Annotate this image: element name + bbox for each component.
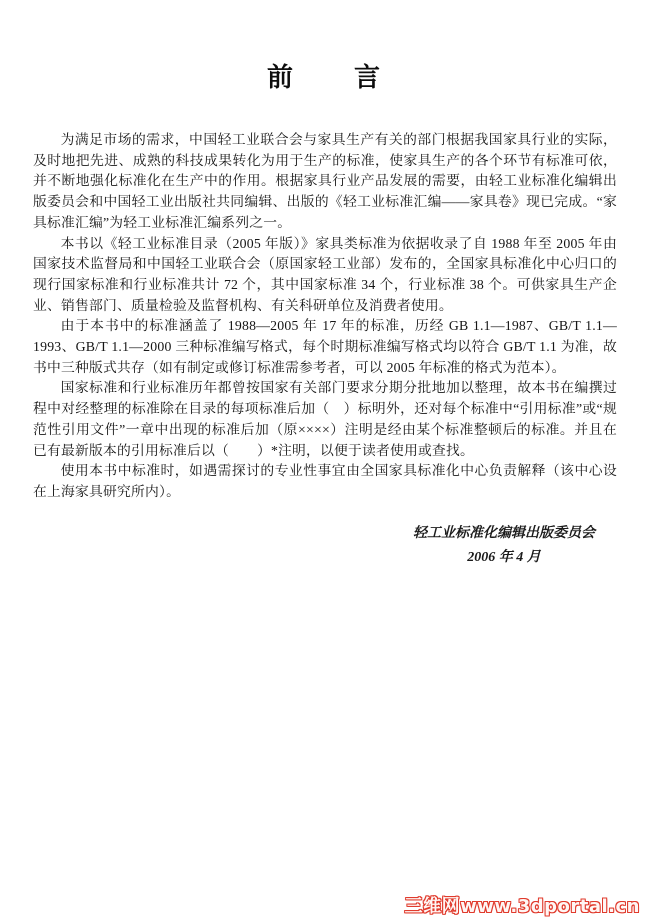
watermark-3dportal: 三维网www.3dportal.cn — [405, 892, 640, 918]
preface-paragraph: 本书以《轻工业标准目录（2005 年版）》家具类标准为依据收录了自 1988 年… — [33, 234, 617, 317]
signature-committee: 轻工业标准化编辑出版委员会 — [413, 522, 595, 546]
preface-page: 前 言 为满足市场的需求，中国轻工业联合会与家具生产有关的部门根据我国家具行业的… — [0, 0, 651, 570]
preface-paragraph: 使用本书中标准时，如遇需探讨的专业性事宜由全国家具标准化中心负责解释（该中心设在… — [33, 461, 617, 502]
signature-block: 轻工业标准化编辑出版委员会 2006 年 4 月 — [33, 522, 617, 570]
preface-paragraph: 由于本书中的标准涵盖了 1988—2005 年 17 年的标准，历经 GB 1.… — [33, 316, 617, 378]
page-title: 前 言 — [33, 62, 617, 92]
preface-paragraph: 为满足市场的需求，中国轻工业联合会与家具生产有关的部门根据我国家具行业的实际，及… — [33, 130, 617, 234]
preface-paragraph: 国家标准和行业标准历年都曾按国家有关部门要求分期分批地加以整理，故本书在编撰过程… — [33, 378, 617, 461]
preface-body: 为满足市场的需求，中国轻工业联合会与家具生产有关的部门根据我国家具行业的实际，及… — [33, 130, 617, 503]
signature-date: 2006 年 4 月 — [413, 546, 595, 570]
signature-inner: 轻工业标准化编辑出版委员会 2006 年 4 月 — [413, 522, 595, 570]
